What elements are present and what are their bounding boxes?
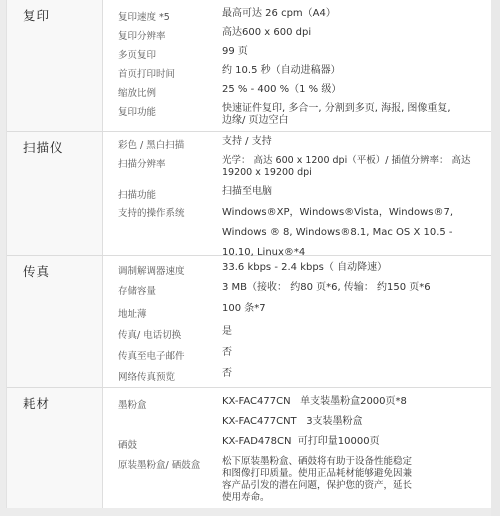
category-label: 复印 [23, 6, 50, 24]
spec-value: 3 MB（接收： 约80 页*6, 传输： 约150 页*6 [222, 282, 484, 294]
spec-value: KX-FAC477CNT 3支装墨粉盒 [222, 416, 484, 428]
spec-value: 扫描至电脑 [222, 186, 484, 198]
spec-sheet: 复印 复印速度 *5 最高可达 26 cpm（A4） 复印分辨率 高达600 x… [6, 0, 492, 508]
spec-label: 扫描分辨率 [118, 156, 228, 170]
category-cell: 耗材 [7, 388, 103, 508]
spec-label: 缩放比例 [118, 85, 228, 99]
spec-label: 首页打印时间 [118, 66, 228, 80]
spec-value: 99 页 [222, 46, 484, 58]
spec-value: 25 % - 400 %（1 % 级） [222, 84, 484, 96]
value-line: 容产品引发的潜在问题，保护您的资产，延长 [222, 480, 484, 492]
value-line: 边缘/ 页边空白 [222, 115, 484, 127]
spec-label: 彩色 / 黑白扫描 [118, 137, 228, 151]
spec-value: KX-FAC477CN 单支装墨粉盒2000页*8 [222, 396, 484, 408]
value-line: 和图像打印质量。使用正品耗材能够避免因兼 [222, 468, 484, 480]
spec-label: 墨粉盒 [118, 397, 228, 411]
category-cell: 复印 [7, 0, 103, 131]
category-cell: 传真 [7, 256, 103, 387]
spec-value: 33.6 kbps - 2.4 kbps（ 自动降速） [222, 262, 484, 274]
spec-value: 100 条*7 [222, 303, 484, 315]
spec-value: 否 [222, 347, 484, 359]
spec-value: Windows®XP，Windows®Vista，Windows®7, Wind… [222, 203, 484, 263]
spec-label: 扫描功能 [118, 187, 228, 201]
spec-label: 复印功能 [118, 104, 228, 118]
spec-label: 复印速度 *5 [118, 9, 228, 23]
spec-value: 快速证件复印, 多合一, 分割到多页, 海报, 图像重复, 边缘/ 页边空白 [222, 103, 484, 127]
spec-label: 多页复印 [118, 47, 228, 61]
value-line: 光学： 高达 600 x 1200 dpi（平板）/ 插值分辨率： 高达 [222, 155, 484, 167]
section-fax: 传真 调制解调器速度 33.6 kbps - 2.4 kbps（ 自动降速） 存… [7, 256, 491, 388]
spec-label: 存储容量 [118, 283, 228, 297]
spec-label: 地址薄 [118, 306, 228, 320]
section-copy: 复印 复印速度 *5 最高可达 26 cpm（A4） 复印分辨率 高达600 x… [7, 0, 491, 132]
category-label: 耗材 [23, 394, 50, 412]
spec-label: 传真/ 电话切换 [118, 327, 228, 341]
value-line: 松下原装墨粉盒、硒鼓将有助于设备性能稳定 [222, 456, 484, 468]
value-line: 使用寿命。 [222, 492, 484, 504]
spec-value: 最高可达 26 cpm（A4） [222, 8, 484, 20]
section-scanner: 扫描仪 彩色 / 黑白扫描 支持 / 支持 扫描分辨率 光学： 高达 600 x… [7, 132, 491, 256]
value-line: 19200 x 19200 dpi [222, 167, 484, 179]
category-cell: 扫描仪 [7, 132, 103, 255]
spec-value: 松下原装墨粉盒、硒鼓将有助于设备性能稳定 和图像打印质量。使用正品耗材能够避免因… [222, 456, 484, 504]
spec-value: KX-FAD478CN 可打印量10000页 [222, 436, 484, 448]
category-label: 传真 [23, 262, 50, 280]
category-label: 扫描仪 [23, 138, 64, 156]
spec-value: 高达600 x 600 dpi [222, 27, 484, 39]
spec-label: 调制解调器速度 [118, 263, 228, 277]
spec-label: 复印分辨率 [118, 28, 228, 42]
value-line: Windows®XP，Windows®Vista，Windows®7, [222, 203, 484, 223]
spec-value: 支持 / 支持 [222, 136, 484, 148]
spec-label: 硒鼓 [118, 437, 228, 451]
spec-value: 否 [222, 368, 484, 380]
value-line: Windows ® 8, Windows®8.1, Mac OS X 10.5 … [222, 223, 484, 243]
spec-label: 支持的操作系统 [118, 205, 228, 219]
value-line: 快速证件复印, 多合一, 分割到多页, 海报, 图像重复, [222, 103, 484, 115]
spec-value: 约 10.5 秒（自动进稿器） [222, 65, 484, 77]
spec-label: 原装墨粉盒/ 硒鼓盒 [118, 457, 228, 471]
right-margin-strip [491, 0, 500, 516]
section-consumables: 耗材 墨粉盒 KX-FAC477CN 单支装墨粉盒2000页*8 KX-FAC4… [7, 388, 491, 508]
spec-value: 光学： 高达 600 x 1200 dpi（平板）/ 插值分辨率： 高达 192… [222, 155, 484, 179]
spec-label: 网络传真预览 [118, 369, 228, 383]
spec-value: 是 [222, 326, 484, 338]
spec-label: 传真至电子邮件 [118, 348, 228, 362]
